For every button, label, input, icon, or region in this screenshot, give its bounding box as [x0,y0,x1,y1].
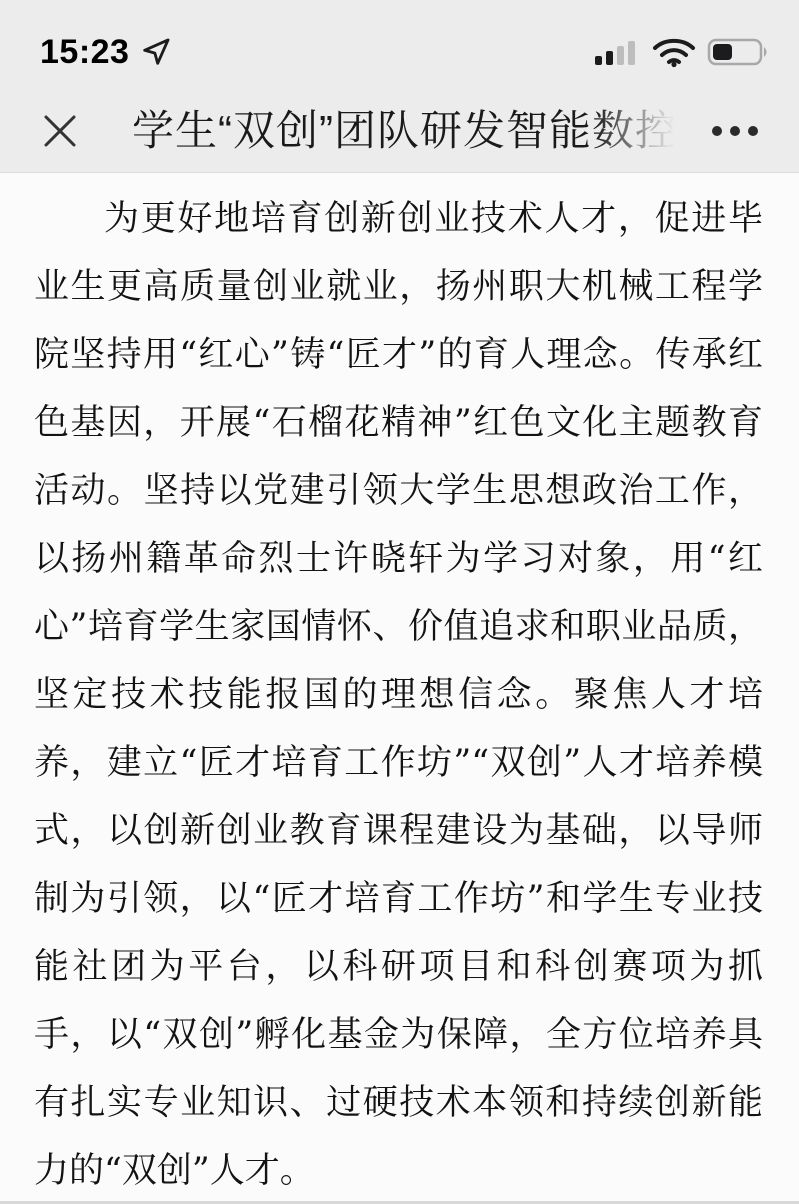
location-arrow-icon [139,35,173,69]
close-icon [41,112,79,150]
more-dots-icon [712,126,722,136]
top-chrome: 15:23 [0,0,799,173]
page-title-text: 学生“双创”团队研发智能数控 [132,107,678,154]
close-button[interactable] [38,109,82,153]
article-body: 为更好地培育创新创业技术人才，促进毕业生更高质量创业就业，扬州职大机械工程学院坚… [0,173,799,1204]
wechat-article-screen: 15:23 [0,0,799,1204]
nav-bar: 学生“双创”团队研发智能数控 [0,90,799,172]
status-time: 15:23 [40,33,129,72]
cellular-signal-icon [591,35,641,69]
page-title: 学生“双创”团队研发智能数控 [132,101,689,161]
wifi-icon [651,35,697,69]
more-button[interactable] [703,109,767,153]
status-bar: 15:23 [0,0,799,90]
status-left: 15:23 [40,33,173,72]
battery-icon [707,35,773,69]
status-right [591,35,773,69]
article-paragraph: 为更好地培育创新创业技术人才，促进毕业生更高质量创业就业，扬州职大机械工程学院坚… [34,185,763,1204]
